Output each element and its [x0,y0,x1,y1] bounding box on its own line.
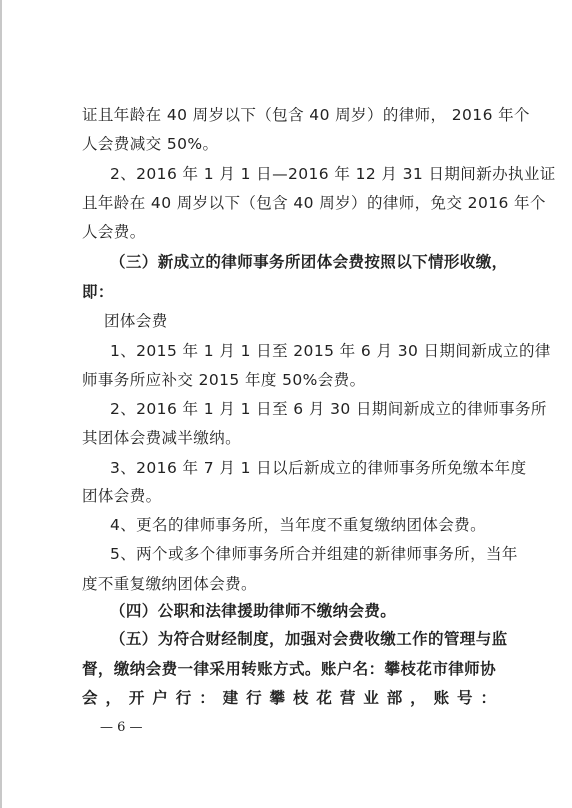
page-number: — 6 — [100,720,143,735]
section-heading-3: （三）新成立的律师事务所团体会费按照以下情形收缴， [110,251,496,273]
text-line: 3、2016 年 7 月 1 日以后新成立的律师事务所免缴本年度 [110,457,496,479]
section-heading-4: （四）公职和法律援助律师不缴纳会费。 [110,600,496,622]
text-line: 人会费减交 50%。 [82,133,496,155]
text-line: 4、更名的律师事务所，当年度不重复缴纳团体会费。 [110,514,496,536]
text-line: 证且年龄在 40 周岁以下（包含 40 周岁）的律师， 2016 年个 [82,104,496,126]
text-line: 2、2016 年 1 月 1 日至 6 月 30 日期间新成立的律师事务所 [110,398,496,420]
section-5-line: 督，缴纳会费一律采用转账方式。账户名：攀枝花市律师协 [82,658,496,680]
text-line: 人会费。 [82,221,496,243]
text-line: 且年龄在 40 周岁以下（包含 40 周岁）的律师，免交 2016 年个 [82,192,496,214]
text-line: 2、2016 年 1 月 1 日—2016 年 12 月 31 日期间新办执业证 [110,163,496,185]
text-line: 师事务所应补交 2015 年度 50%会费。 [82,369,496,391]
text-line: 其团体会费减半缴纳。 [82,427,496,449]
text-line: 5、两个或多个律师事务所合并组建的新律师事务所，当年 [110,543,496,565]
text-line: 度不重复缴纳团体会费。 [82,573,496,595]
text-line: 团体会费。 [82,485,496,507]
text-line: 1、2015 年 1 月 1 日至 2015 年 6 月 30 日期间新成立的律 [110,340,496,362]
page-left-border [0,0,2,808]
section-5-line: 会，开户行：建行攀枝花营业部，账号： [82,687,496,709]
subheading-group-fee: 团体会费 [104,310,518,332]
section-heading-5: （五）为符合财经制度，加强对会费收缴工作的管理与监 [110,628,496,650]
section-heading-3-cont: 即： [82,281,496,303]
